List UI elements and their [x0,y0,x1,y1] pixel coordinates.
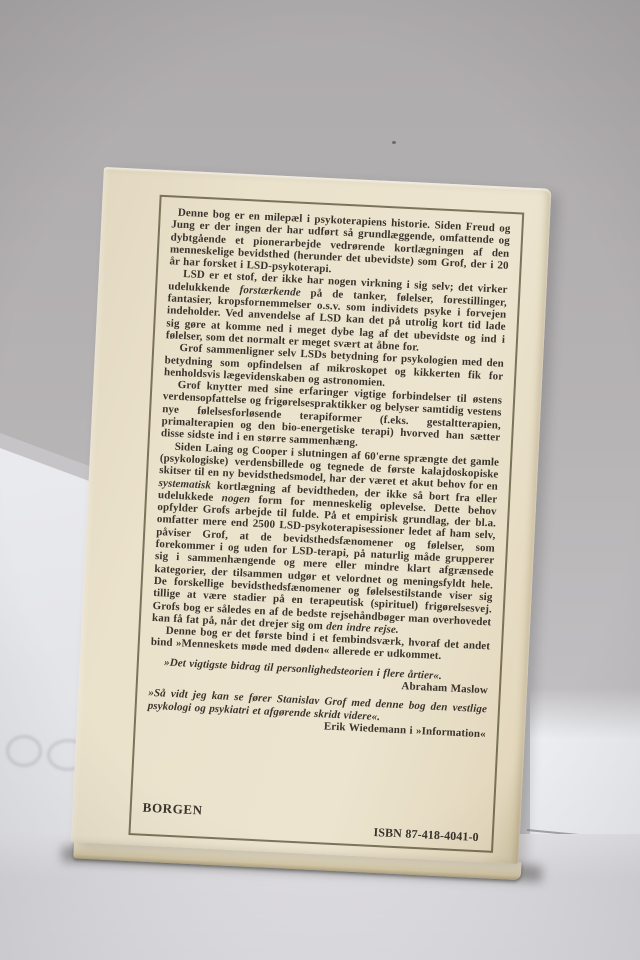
panel-mark [6,735,42,767]
back-cover-text-frame: Denne bog er en milepæl i psykoterapiens… [128,195,524,853]
right-white-panel [530,688,640,834]
photo-scene: Denne bog er en milepæl i psykoterapiens… [0,0,640,960]
paragraph: Siden Laing og Cooper i slutningen af 60… [152,440,500,641]
back-cover-paragraphs: Denne bog er en milepæl i psykoterapiens… [151,206,511,665]
wall-speck [392,141,396,144]
body-text: form for menneskelig oplevelse. Dette be… [152,493,497,632]
body-text: Denne bog er en milepæl i psykoterapiens… [169,207,511,276]
book-back-cover: Denne bog er en milepæl i psykoterapiens… [70,167,551,880]
emphasized-text: nogen [221,492,250,505]
